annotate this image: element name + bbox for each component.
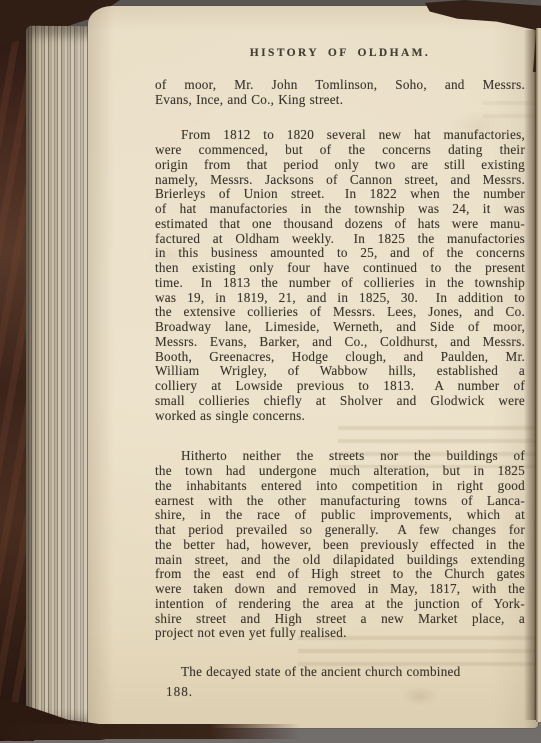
text-line: the town had undergone much alteration, … (155, 464, 525, 479)
text-line: Hitherto neither the streets nor the bui… (155, 449, 525, 464)
text-line: worked as single concerns. (155, 409, 525, 424)
text-line: project not even yet fully realised. (155, 626, 525, 641)
text-line: The decayed state of the ancient church … (155, 665, 525, 680)
paragraph: The decayed state of the ancient church … (155, 665, 525, 680)
text-line: earnest with the other manufacturing tow… (155, 494, 525, 509)
gutter-shadow (524, 30, 536, 720)
book-cover-bottom-edge (0, 724, 300, 739)
text-line: factured at Oldham weekly. In 1825 the m… (155, 232, 525, 247)
text-line: that period prevailed so generally. A fe… (155, 523, 525, 538)
paragraph: From 1812 to 1820 several new hat manufa… (155, 128, 525, 423)
text-line: the extensive collieries of Messrs. Lees… (155, 305, 525, 320)
page-paragraphs: of moor, Mr. John Tomlinson, Soho, and M… (155, 78, 525, 680)
text-line: estimated that one thousand dozens of ha… (155, 217, 525, 232)
text-line: were commenced, but of the concerns dati… (155, 143, 525, 158)
text-line: intention of rendering the area at the j… (155, 597, 525, 612)
text-line: main street, and the old dilapidated bui… (155, 553, 525, 568)
page-text-block: HISTORY OF OLDHAM. of moor, Mr. John Tom… (155, 46, 525, 700)
text-line: of moor, Mr. John Tomlinson, Soho, and M… (155, 78, 525, 93)
text-line: origin from that period only two are sti… (155, 158, 525, 173)
text-line: shire street and High street a new Marke… (155, 612, 525, 627)
text-line: of hat manufactories in the township was… (155, 202, 525, 217)
text-line: namely, Messrs. Jacksons of Cannon stree… (155, 173, 525, 188)
book-page: HISTORY OF OLDHAM. of moor, Mr. John Tom… (88, 6, 538, 728)
text-line: Evans, Ince, and Co., King street. (155, 93, 525, 108)
text-line: small collieries chiefly at Sholver and … (155, 394, 525, 409)
text-line: from the east end of High street to the … (155, 567, 525, 582)
text-line: were taken down and removed in May, 1817… (155, 582, 525, 597)
text-line: Brierleys of Union street. In 1822 when … (155, 187, 525, 202)
book-photo-scene: HISTORY OF OLDHAM. of moor, Mr. John Tom… (0, 0, 541, 743)
text-line: time. In 1813 the number of collieries i… (155, 276, 525, 291)
text-line: From 1812 to 1820 several new hat manufa… (155, 128, 525, 143)
text-line: William Wrigley, of Wabbow hills, establ… (155, 364, 525, 379)
text-line: Messrs. Evans, Barker, and Co., Coldhurs… (155, 335, 525, 350)
text-line: the better had, however, been previously… (155, 538, 525, 553)
text-line: then existing only four have continued t… (155, 261, 525, 276)
page-number: 188. (166, 685, 525, 700)
next-page-sliver (536, 28, 541, 722)
text-line: shire, in the race of public improvement… (155, 508, 525, 523)
text-line: was 19, in 1819, 21, and in 1825, 30. In… (155, 291, 525, 306)
text-line: colliery at Lowside previous to 1813. A … (155, 379, 525, 394)
text-line: Broadway lane, Limeside, Werneth, and Si… (155, 320, 525, 335)
text-line: Booth, Greenacres, Hodge clough, and Pau… (155, 350, 525, 365)
paragraph: of moor, Mr. John Tomlinson, Soho, and M… (155, 78, 525, 108)
text-line: in this business amounted to 25, and of … (155, 246, 525, 261)
text-line: the inhabitants entered into competition… (155, 479, 525, 494)
paragraph: Hitherto neither the streets nor the bui… (155, 449, 525, 641)
